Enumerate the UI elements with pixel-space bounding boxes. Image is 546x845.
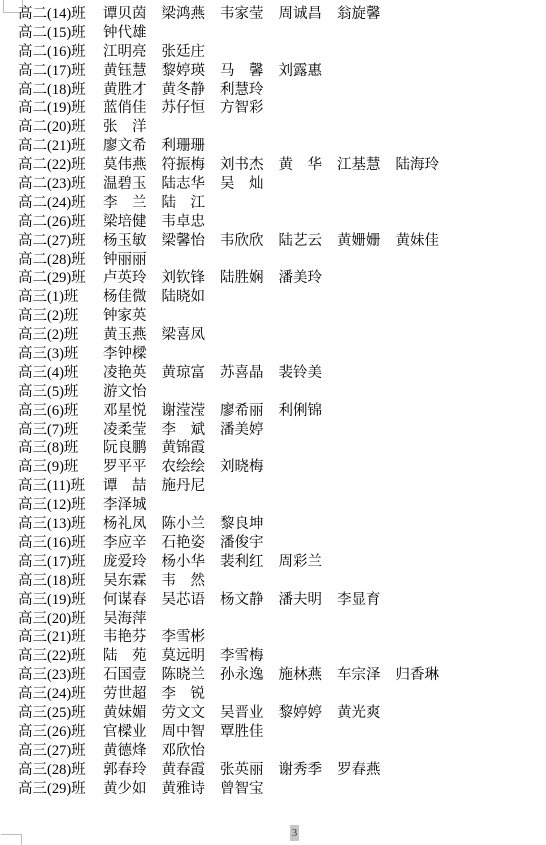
student-name: 韦卓忠 [162,213,221,232]
student-name: 周诚昌 [279,5,338,24]
class-label: 高二(14)班 [18,5,103,24]
student-name: 郭春玲 [103,761,162,780]
class-label: 高二(23)班 [18,175,103,194]
roster-row: 高三(13)班杨礼凤陈小兰黎良坤 [18,515,546,534]
class-label: 高三(21)班 [18,628,103,647]
roster-row: 高三(18)班吴东霖韦 然 [18,572,546,591]
roster-row: 高三(17)班庞爱玲杨小华裴利红周彩兰 [18,553,546,572]
student-name: 罗春燕 [337,761,396,780]
student-name: 陆晓如 [162,288,221,307]
student-name: 潘美婷 [220,421,279,440]
student-name: 谢秀季 [279,761,338,780]
student-name: 吴 灿 [220,175,279,194]
student-name: 利珊珊 [162,137,221,156]
roster-row: 高二(29)班卢英玲刘钦锋陆胜娴潘美玲 [18,269,546,288]
text-boundary-mark-bottom-left [1,834,22,845]
student-name: 黄玉燕 [103,326,162,345]
student-name: 卢英玲 [103,269,162,288]
student-name: 吴海萍 [103,610,162,629]
class-label: 高二(20)班 [18,118,103,137]
student-name: 李 兰 [103,194,162,213]
class-label: 高三(5)班 [18,383,103,402]
roster-row: 高三(26)班官樑业周中智覃胜佳 [18,723,546,742]
page-number: 3 [292,827,298,839]
roster-row: 高三(3)班李钟樑 [18,345,546,364]
roster-row: 高三(5)班游文怡 [18,383,546,402]
roster-row: 高三(6)班邓星悦谢滢滢廖希丽利俐锦 [18,402,546,421]
class-label: 高三(2)班 [18,307,103,326]
page-number-field: 3 [290,825,299,841]
student-name: 归香琳 [396,666,455,685]
student-name: 李钟樑 [103,345,162,364]
student-name: 李泽城 [103,496,162,515]
roster-row: 高三(20)班吴海萍 [18,610,546,629]
roster-row: 高二(23)班温碧玉陆志华吴 灿 [18,175,546,194]
roster-row: 高二(22)班莫伟燕符振梅刘书杰黄 华江基慧陆海玲 [18,156,546,175]
student-name: 官樑业 [103,723,162,742]
student-name: 黄春霞 [162,761,221,780]
student-name: 钟代雄 [103,24,162,43]
student-name: 谭 喆 [103,477,162,496]
student-name: 黎良坤 [220,515,279,534]
roster-row: 高二(18)班黄胜才黄冬静利慧玲 [18,81,546,100]
class-label: 高三(29)班 [18,780,103,799]
class-label: 高三(7)班 [18,421,103,440]
roster-row: 高二(19)班蓝俏佳苏仔恒方智彩 [18,99,546,118]
student-name: 莫远明 [162,647,221,666]
student-name: 谭贝茵 [103,5,162,24]
roster-row: 高二(20)班张 洋 [18,118,546,137]
class-label: 高二(28)班 [18,251,103,270]
roster-row: 高三(24)班劳世超李 锐 [18,685,546,704]
student-name: 吴芯语 [162,591,221,610]
student-name: 梁培健 [103,213,162,232]
student-name: 陆海玲 [396,156,455,175]
roster-row: 高三(11)班谭 喆施丹尼 [18,477,546,496]
student-name: 周彩兰 [279,553,338,572]
student-name: 李显育 [337,591,396,610]
student-name: 覃胜佳 [220,723,279,742]
student-name: 陈小兰 [162,515,221,534]
student-name: 凌柔莹 [103,421,162,440]
student-name: 杨玉敏 [103,232,162,251]
student-name: 裴铃美 [279,364,338,383]
student-name: 陆胜娴 [220,269,279,288]
student-name: 吴晋业 [220,704,279,723]
roster-row: 高二(14)班谭贝茵梁鸿燕韦家莹周诚昌翁旋馨 [18,5,546,24]
class-label: 高三(22)班 [18,647,103,666]
student-name: 苏仔恒 [162,99,221,118]
student-name: 蓝俏佳 [103,99,162,118]
student-name: 陆艺云 [279,232,338,251]
student-name: 黄妹佳 [396,232,455,251]
student-name: 潘俊宇 [220,534,279,553]
student-name: 黄妹媚 [103,704,162,723]
student-name: 钟丽丽 [103,251,162,270]
student-name: 黄德烽 [103,742,162,761]
roster-table: 高二(14)班谭贝茵梁鸿燕韦家莹周诚昌翁旋馨高二(15)班钟代雄高二(16)班江… [18,5,546,798]
student-name: 黄冬静 [162,81,221,100]
roster-row: 高三(2)班黄玉燕梁喜凤 [18,326,546,345]
student-name: 杨文静 [220,591,279,610]
student-name: 韦艳芬 [103,628,162,647]
student-name: 廖希丽 [220,402,279,421]
student-name: 李雪彬 [162,628,221,647]
student-name: 陈晓兰 [162,666,221,685]
student-name: 黄光爽 [337,704,396,723]
student-name: 曾智宝 [220,780,279,799]
class-label: 高三(24)班 [18,685,103,704]
student-name: 梁鸿燕 [162,5,221,24]
class-label: 高三(4)班 [18,364,103,383]
student-name: 黄钰慧 [103,62,162,81]
student-name: 裴利红 [220,553,279,572]
class-label: 高三(9)班 [18,458,103,477]
class-label: 高三(26)班 [18,723,103,742]
student-name: 谢滢滢 [162,402,221,421]
roster-row: 高二(21)班廖文希利珊珊 [18,137,546,156]
roster-row: 高三(27)班黄德烽邓欣怡 [18,742,546,761]
student-name: 农绘绘 [162,458,221,477]
student-name: 杨礼凤 [103,515,162,534]
student-name: 阮良鹏 [103,439,162,458]
class-label: 高二(29)班 [18,269,103,288]
student-name: 邓星悦 [103,402,162,421]
class-label: 高二(24)班 [18,194,103,213]
student-name: 黎婷瑛 [162,62,221,81]
student-name: 黄琼富 [162,364,221,383]
class-label: 高二(22)班 [18,156,103,175]
class-label: 高三(8)班 [18,439,103,458]
class-label: 高二(26)班 [18,213,103,232]
student-name: 刘晓梅 [220,458,279,477]
class-label: 高三(11)班 [18,477,103,496]
roster-row: 高三(21)班韦艳芬李雪彬 [18,628,546,647]
student-name: 黄胜才 [103,81,162,100]
class-label: 高三(23)班 [18,666,103,685]
student-name: 利慧玲 [220,81,279,100]
roster-row: 高二(15)班钟代雄 [18,24,546,43]
roster-row: 高二(27)班杨玉敏梁馨怡韦欣欣陆艺云黄姗姗黄妹佳 [18,232,546,251]
student-name: 吴东霖 [103,572,162,591]
class-label: 高三(17)班 [18,553,103,572]
student-name: 翁旋馨 [337,5,396,24]
class-label: 高二(18)班 [18,81,103,100]
class-label: 高三(20)班 [18,610,103,629]
student-name: 李雪梅 [220,647,279,666]
class-label: 高三(16)班 [18,534,103,553]
student-name: 潘美玲 [279,269,338,288]
student-name: 梁馨怡 [162,232,221,251]
roster-row: 高三(4)班凌艳英黄琼富苏喜晶裴铃美 [18,364,546,383]
student-name: 韦欣欣 [220,232,279,251]
student-name: 刘露惠 [279,62,338,81]
student-name: 韦 然 [162,572,221,591]
student-name: 张廷庄 [162,43,221,62]
class-label: 高三(27)班 [18,742,103,761]
student-name: 利俐锦 [279,402,338,421]
student-name: 莫伟燕 [103,156,162,175]
student-name: 张英丽 [220,761,279,780]
class-label: 高三(13)班 [18,515,103,534]
student-name: 陆志华 [162,175,221,194]
student-name: 苏喜晶 [220,364,279,383]
roster-row: 高三(23)班石国壹陈晓兰孙永逸施林燕车宗泽归香琳 [18,666,546,685]
student-name: 江明亮 [103,43,162,62]
roster-row: 高三(28)班郭春玲黄春霞张英丽谢秀季罗春燕 [18,761,546,780]
class-label: 高三(18)班 [18,572,103,591]
student-name: 梁喜凤 [162,326,221,345]
class-label: 高三(2)班 [18,326,103,345]
student-name: 罗平平 [103,458,162,477]
student-name: 黄锦霞 [162,439,221,458]
student-name: 杨佳微 [103,288,162,307]
student-name: 刘钦锋 [162,269,221,288]
class-label: 高二(21)班 [18,137,103,156]
student-name: 游文怡 [103,383,162,402]
student-name: 庞爱玲 [103,553,162,572]
student-name: 李 斌 [162,421,221,440]
class-label: 高三(6)班 [18,402,103,421]
roster-row: 高二(28)班钟丽丽 [18,251,546,270]
student-name: 石国壹 [103,666,162,685]
class-label: 高三(25)班 [18,704,103,723]
class-label: 高三(1)班 [18,288,103,307]
roster-row: 高二(17)班黄钰慧黎婷瑛马 馨刘露惠 [18,62,546,81]
student-name: 陆 江 [162,194,221,213]
student-name: 韦家莹 [220,5,279,24]
student-name: 黄少如 [103,780,162,799]
student-name: 邓欣怡 [162,742,221,761]
roster-row: 高三(25)班黄妹媚劳文文吴晋业黎婷婷黄光爽 [18,704,546,723]
roster-row: 高三(8)班阮良鹏黄锦霞 [18,439,546,458]
class-label: 高二(27)班 [18,232,103,251]
student-name: 李 锐 [162,685,221,704]
class-label: 高二(17)班 [18,62,103,81]
class-label: 高二(19)班 [18,99,103,118]
roster-row: 高三(16)班李应辛石艳姿潘俊宇 [18,534,546,553]
class-label: 高三(3)班 [18,345,103,364]
student-name: 符振梅 [162,156,221,175]
student-name: 石艳姿 [162,534,221,553]
student-name: 黎婷婷 [279,704,338,723]
student-name: 施林燕 [279,666,338,685]
document-page: 高二(14)班谭贝茵梁鸿燕韦家莹周诚昌翁旋馨高二(15)班钟代雄高二(16)班江… [0,0,546,845]
student-name: 方智彩 [220,99,279,118]
student-name: 杨小华 [162,553,221,572]
student-name: 温碧玉 [103,175,162,194]
student-name: 车宗泽 [337,666,396,685]
roster-row: 高三(1)班杨佳微陆晓如 [18,288,546,307]
student-name: 张 洋 [103,118,162,137]
student-name: 潘夫明 [279,591,338,610]
class-label: 高三(28)班 [18,761,103,780]
student-name: 陆 苑 [103,647,162,666]
roster-row: 高三(9)班罗平平农绘绘刘晓梅 [18,458,546,477]
student-name: 凌艳英 [103,364,162,383]
student-name: 江基慧 [337,156,396,175]
student-name: 周中智 [162,723,221,742]
class-label: 高三(12)班 [18,496,103,515]
class-label: 高三(19)班 [18,591,103,610]
student-name: 刘书杰 [220,156,279,175]
class-label: 高二(16)班 [18,43,103,62]
student-name: 黄姗姗 [337,232,396,251]
student-name: 李应辛 [103,534,162,553]
student-name: 孙永逸 [220,666,279,685]
student-name: 黄 华 [279,156,338,175]
class-label: 高二(15)班 [18,24,103,43]
student-name: 钟家英 [103,307,162,326]
roster-row: 高二(24)班李 兰陆 江 [18,194,546,213]
roster-row: 高二(16)班江明亮张廷庄 [18,43,546,62]
student-name: 施丹尼 [162,477,221,496]
roster-row: 高三(7)班凌柔莹李 斌潘美婷 [18,421,546,440]
roster-row: 高三(29)班黄少如黄雅诗曾智宝 [18,780,546,799]
roster-row: 高三(19)班何谋春吴芯语杨文静潘夫明李显育 [18,591,546,610]
roster-row: 高三(2)班钟家英 [18,307,546,326]
roster-row: 高二(26)班梁培健韦卓忠 [18,213,546,232]
student-name: 劳文文 [162,704,221,723]
student-name: 马 馨 [220,62,279,81]
roster-row: 高三(22)班陆 苑莫远明李雪梅 [18,647,546,666]
student-name: 劳世超 [103,685,162,704]
student-name: 廖文希 [103,137,162,156]
student-name: 何谋春 [103,591,162,610]
roster-row: 高三(12)班李泽城 [18,496,546,515]
student-name: 黄雅诗 [162,780,221,799]
